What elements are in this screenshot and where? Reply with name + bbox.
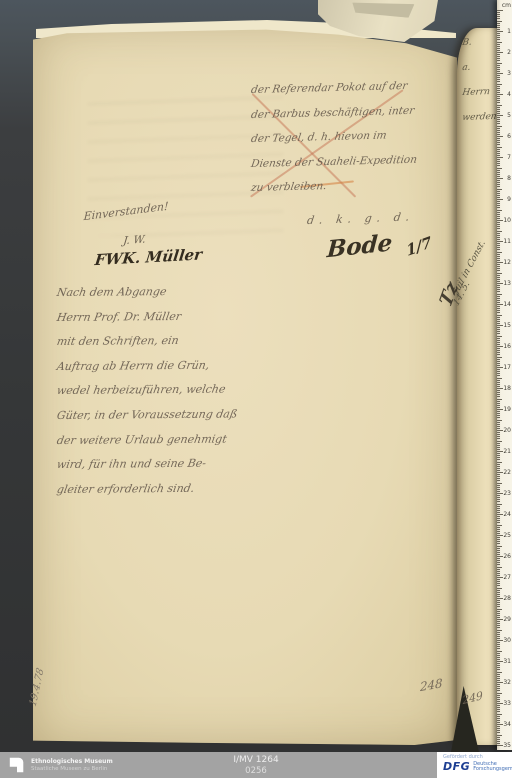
next-page-fragments-line-3: Herrn	[462, 87, 491, 98]
paragraph-main-line-6: Güter, in der Voraussetzung daß	[56, 407, 239, 422]
signature-mueller: FWK. Müller	[94, 245, 203, 269]
ruler-number-33: 33	[503, 700, 511, 707]
page-number-right: 249	[462, 689, 483, 707]
paragraph-top-right-line-4: Dienste der Suaheli-Expedition	[250, 153, 418, 169]
paraph-mark: 1/7	[405, 233, 433, 260]
paragraph-main-line-7: der weitere Urlaub genehmigt	[56, 432, 228, 447]
paragraph-main-line-8: wird, für ihn und seine Be-	[56, 457, 207, 471]
ruler: cm 1234567891011121314151617181920212223…	[497, 0, 512, 750]
ruler-number-9: 9	[507, 196, 511, 203]
ruler-number-30: 30	[503, 637, 511, 644]
ruler-number-24: 24	[503, 511, 511, 518]
image-number: 0256	[233, 766, 278, 776]
archival-scan-viewer: der Referendar Pokot auf derder Barbus b…	[0, 0, 512, 778]
ruler-number-25: 25	[503, 532, 511, 539]
ruler-number-12: 12	[503, 259, 511, 266]
ruler-number-11: 11	[503, 238, 511, 245]
ruler-number-28: 28	[503, 595, 511, 602]
ruler-number-32: 32	[503, 679, 511, 686]
shelfmark-block: I/MV 1264 0256	[233, 755, 278, 776]
paragraph-main-line-4: Auftrag ab Herrn die Grün,	[56, 358, 211, 372]
paragraph-top-right-line-5: zu verbleiben.	[250, 180, 327, 194]
ruler-number-6: 6	[507, 133, 511, 140]
ruler-number-10: 10	[503, 217, 511, 224]
paragraph-main-line-9: gleiter erforderlich sind.	[56, 482, 196, 496]
digitization-footer: Ethnologisches Museum Staatliche Museen …	[0, 752, 512, 778]
ruler-number-3: 3	[507, 70, 511, 77]
dfg-logo: DFG	[443, 761, 470, 773]
paragraph-main-line-5: wedel herbeizuführen, welche	[56, 383, 227, 397]
ruler-number-2: 2	[507, 49, 511, 56]
paragraph-top-right-line-1: der Referendar Pokot auf der	[250, 80, 408, 96]
signature-bode: Bode	[326, 229, 393, 263]
ruler-number-15: 15	[503, 322, 511, 329]
ruler-number-27: 27	[503, 574, 511, 581]
dfg-funding-box: Gefördert durch DFG Deutsche Forschungsg…	[437, 752, 512, 778]
ruler-number-7: 7	[507, 154, 511, 161]
ruler-number-22: 22	[503, 469, 511, 476]
paragraph-main-line-2: Herrn Prof. Dr. Müller	[56, 310, 182, 324]
shelfmark: I/MV 1264	[233, 755, 278, 766]
page-number-left: 248	[420, 676, 443, 694]
margin-date: 19.4.78	[28, 667, 46, 709]
ruler-number-35: 35	[503, 742, 511, 749]
ruler-number-23: 23	[503, 490, 511, 497]
ruler-number-18: 18	[503, 385, 511, 392]
dfg-wordmark-line2: Forschungsgemeinschaft	[473, 767, 512, 773]
smb-museum-logo-icon	[8, 756, 26, 774]
ruler-unit-label: cm	[502, 2, 511, 9]
ruler-number-26: 26	[503, 553, 511, 560]
initials-jw: J. W.	[123, 233, 147, 247]
ruler-number-13: 13	[503, 280, 511, 287]
next-page-fragments-line-2: a.	[462, 63, 472, 73]
ruler-number-5: 5	[507, 112, 511, 119]
ruler-number-1: 1	[507, 28, 511, 35]
institution-name: Ethnologisches Museum	[31, 758, 113, 766]
handwriting-layer: der Referendar Pokot auf derder Barbus b…	[0, 0, 512, 752]
institution-block: Ethnologisches Museum Staatliche Museen …	[0, 756, 113, 774]
paragraph-main-line-1: Nach dem Abgange	[56, 285, 168, 299]
next-page-fragments-line-1: B.	[462, 38, 473, 48]
ruler-number-31: 31	[503, 658, 511, 665]
paragraph-top-right-line-3: der Tegel, d. h. hievon im	[250, 129, 387, 145]
ruler-number-19: 19	[503, 406, 511, 413]
abbreviation-line: d. k. g. d.	[306, 210, 415, 227]
institution-subtitle: Staatliche Museen zu Berlin	[31, 766, 113, 773]
ruler-number-14: 14	[503, 301, 511, 308]
ruler-number-8: 8	[507, 175, 511, 182]
ruler-number-20: 20	[503, 427, 511, 434]
next-page-fragments-line-4: werden	[462, 112, 498, 123]
paragraph-main-line-3: mit den Schriften, ein	[56, 334, 180, 348]
scanned-photo-area: der Referendar Pokot auf derder Barbus b…	[0, 0, 512, 752]
ruler-number-4: 4	[507, 91, 511, 98]
approval-note: Einverstanden!	[83, 200, 168, 224]
ruler-number-16: 16	[503, 343, 511, 350]
ruler-number-21: 21	[503, 448, 511, 455]
paragraph-top-right-line-2: der Barbus beschäftigen, inter	[250, 104, 415, 120]
ruler-number-17: 17	[503, 364, 511, 371]
ruler-number-34: 34	[503, 721, 511, 728]
ruler-number-29: 29	[503, 616, 511, 623]
